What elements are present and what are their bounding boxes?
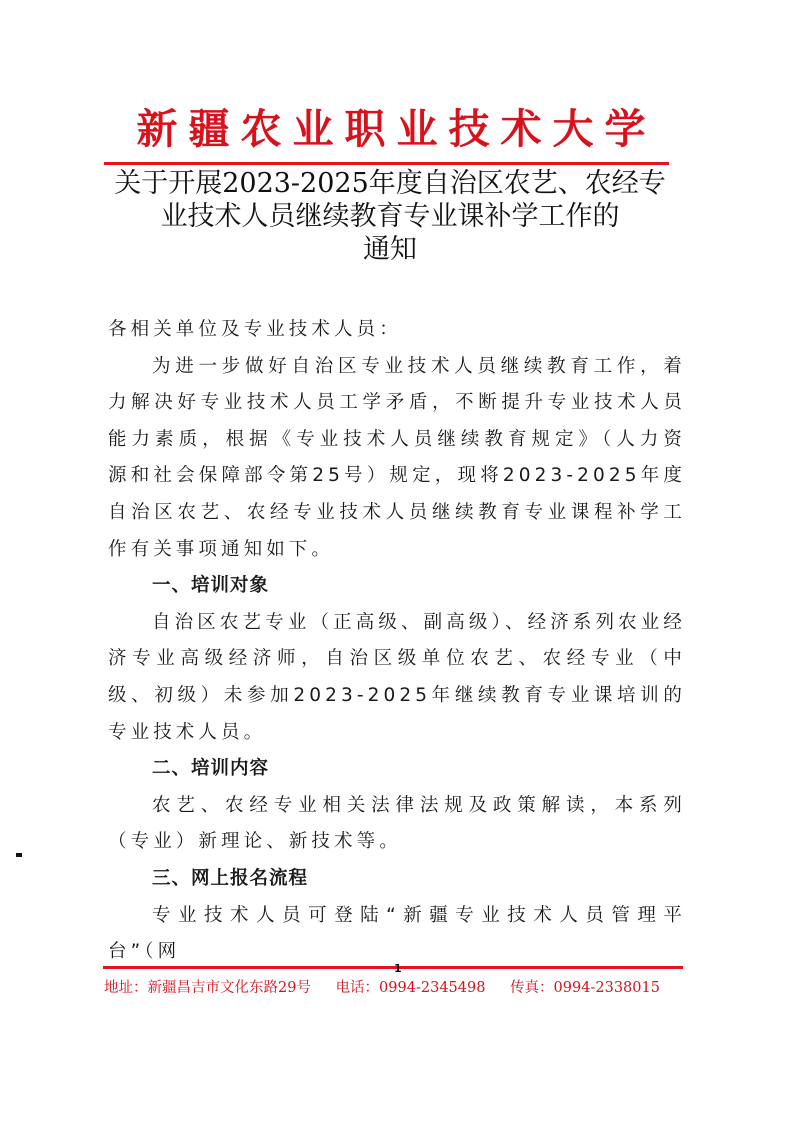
section-heading-training-content: 二、培训内容: [108, 751, 686, 788]
section-heading-registration: 三、网上报名流程: [108, 861, 686, 898]
title-line: 通知: [100, 233, 680, 266]
footer-phone: 电话：0994-2345498: [336, 980, 486, 996]
section-heading-training-target: 一、培训对象: [108, 568, 686, 605]
document-title: 关于开展2023-2025年度自治区农艺、农经专 业技术人员继续教育专业课补学工…: [100, 167, 680, 266]
salutation: 各相关单位及专业技术人员：: [108, 312, 686, 349]
section-text-training-content: 农艺、农经专业相关法律法规及政策解读，本系列（专业）新理论、新技术等。: [108, 788, 686, 861]
footer-contact: 地址：新疆昌吉市文化东路29号 电话：0994-2345498 传真：0994-…: [104, 976, 704, 997]
institution-masthead: 新疆农业职业技术大学: [0, 96, 793, 155]
header-red-rule: [104, 162, 669, 165]
document-body: 各相关单位及专业技术人员： 为进一步做好自治区专业技术人员继续教育工作，着力解决…: [108, 312, 686, 971]
scan-margin-mark: [16, 853, 22, 857]
title-line: 关于开展2023-2025年度自治区农艺、农经专: [100, 167, 680, 200]
footer-red-rule: [103, 966, 683, 969]
title-line: 业技术人员继续教育专业课补学工作的: [100, 200, 680, 233]
intro-paragraph: 为进一步做好自治区专业技术人员继续教育工作，着力解决好专业技术人员工学矛盾，不断…: [108, 349, 686, 569]
section-text-training-target: 自治区农艺专业（正高级、副高级）、经济系列农业经济专业高级经济师，自治区级单位农…: [108, 605, 686, 751]
footer-fax: 传真：0994-2338015: [510, 980, 660, 996]
footer-address: 地址：新疆昌吉市文化东路29号: [104, 980, 311, 996]
page-number: 1: [394, 962, 402, 975]
section-text-registration: 专业技术人员可登陆“新疆专业技术人员管理平台”（网: [108, 898, 686, 971]
